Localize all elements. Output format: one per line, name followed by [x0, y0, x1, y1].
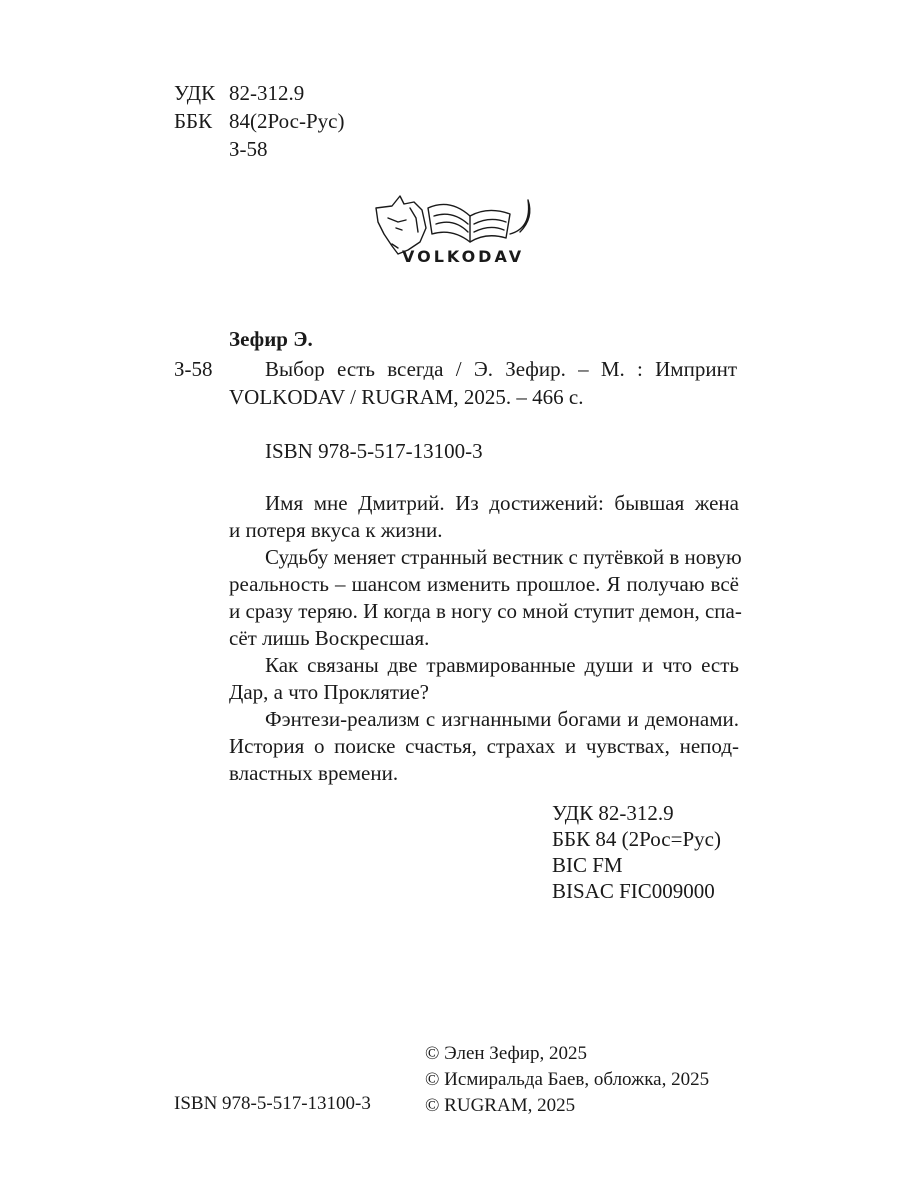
bic-code: BIC FM	[552, 852, 721, 878]
udk-label: УДК	[174, 80, 234, 107]
logo-text: VOLKODAV	[402, 247, 524, 266]
annotation-line: Фэнтези-реализм с изгнанными богами и де…	[229, 706, 739, 733]
isbn: ISBN 978-5-517-13100-3	[265, 438, 483, 465]
annotation-line: Имя мне Дмитрий. Из достижений: бывшая ж…	[229, 490, 739, 517]
footer-isbn: ISBN 978-5-517-13100-3	[174, 1093, 371, 1115]
annotation-line: Судьбу меняет странный вестник с путёвко…	[229, 544, 739, 571]
annotation-line: и сразу теряю. И когда в ногу со мной ст…	[229, 598, 739, 625]
copyright-line: © Элен Зефир, 2025	[425, 1043, 709, 1069]
annotation: Имя мне Дмитрий. Из достижений: бывшая ж…	[229, 490, 739, 787]
bibliographic-line-2: VOLKODAV / RUGRAM, 2025. – 466 с.	[229, 384, 584, 411]
annotation-line: История о поиске счастья, страхах и чувс…	[229, 733, 739, 760]
copyright-line: © Исмиральда Баев, обложка, 2025	[425, 1069, 709, 1095]
annotation-line: реальность – шансом изменить прошлое. Я …	[229, 571, 739, 598]
annotation-line: Как связаны две травмированные души и чт…	[229, 652, 739, 679]
author-mark: З-58	[174, 356, 213, 383]
udk-value: 82-312.9	[229, 80, 304, 107]
annotation-line: властных времени.	[229, 760, 739, 787]
copyright-block: © Элен Зефир, 2025 © Исмиральда Баев, об…	[425, 1043, 709, 1121]
author-mark-top: З-58	[229, 136, 268, 163]
bibliographic-line-1: Выбор есть всегда / Э. Зефир. – М. : Имп…	[265, 356, 737, 383]
bisac-code: BISAC FIC009000	[552, 878, 721, 904]
volkodav-logo: VOLKODAV	[370, 188, 540, 268]
udk-code: УДК 82-312.9	[552, 800, 721, 826]
bbk-value: 84(2Рос-Рус)	[229, 108, 344, 135]
wolf-with-open-book-icon: VOLKODAV	[370, 188, 540, 268]
annotation-line: сёт лишь Воскресшая.	[229, 625, 739, 652]
classification-block: УДК 82-312.9 ББК 84 (2Рос=Рус) BIC FM BI…	[552, 800, 721, 904]
bbk-code: ББК 84 (2Рос=Рус)	[552, 826, 721, 852]
annotation-line: и потеря вкуса к жизни.	[229, 517, 739, 544]
copyright-line: © RUGRAM, 2025	[425, 1095, 709, 1121]
bbk-label: ББК	[174, 108, 234, 135]
annotation-line: Дар, а что Проклятие?	[229, 679, 739, 706]
author-heading: Зефир Э.	[229, 327, 313, 352]
